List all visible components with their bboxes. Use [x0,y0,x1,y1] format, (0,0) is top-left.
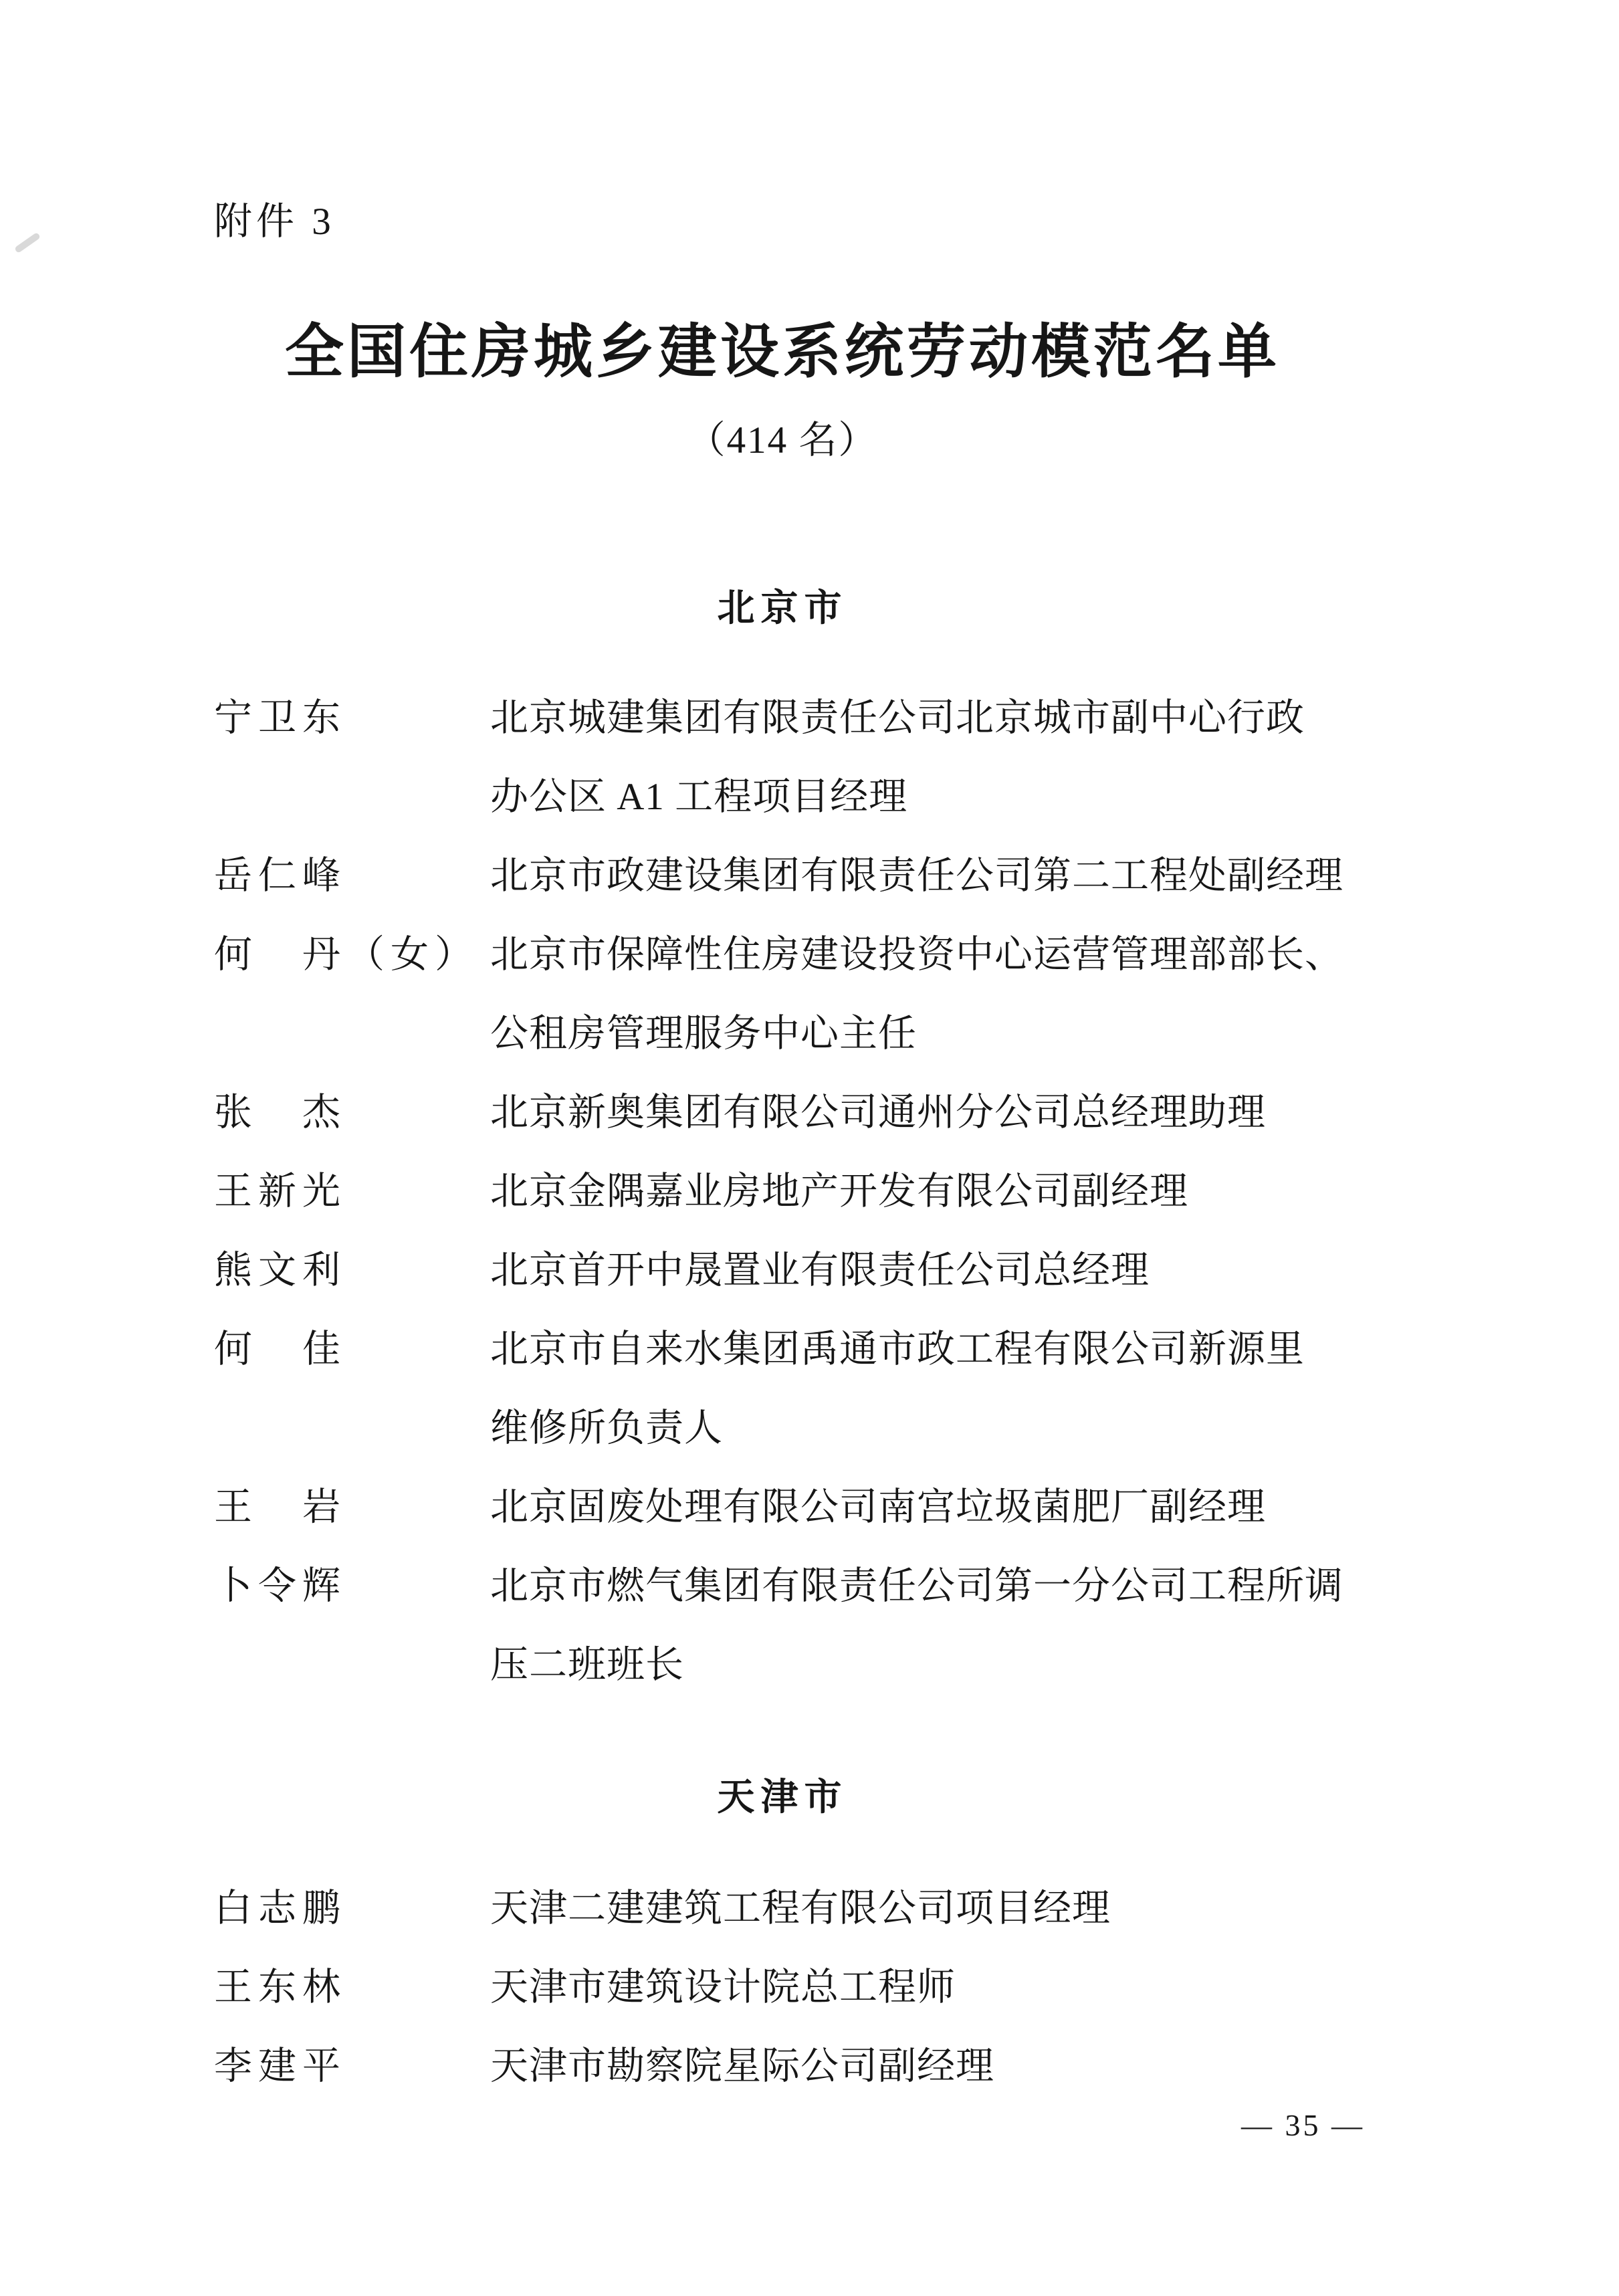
laborer-entry: 李建平 天津市勘察院星际公司副经理 [214,2027,1619,2106]
description-line: 办公区 A1 工程项目经理 [490,758,1619,837]
entry-description: 北京城建集团有限责任公司北京城市副中心行政办公区 A1 工程项目经理 [490,679,1619,837]
entry-name: 宁卫东 [214,679,490,758]
description-line: 天津市勘察院星际公司副经理 [490,2027,1619,2106]
page-number: — 35 — [1241,2108,1365,2143]
laborer-entry: 卜令辉 北京市燃气集团有限责任公司第一分公司工程所调压二班班长 [214,1547,1619,1705]
entry-description: 北京金隅嘉业房地产开发有限公司副经理 [490,1152,1619,1231]
laborer-entry: 白志鹏 天津二建建筑工程有限公司项目经理 [214,1869,1619,1948]
entry-name: 岳仁峰 [214,837,490,916]
sections: 北京市 宁卫东 北京城建集团有限责任公司北京城市副中心行政办公区 A1 工程项目… [214,589,1619,2106]
document-title: 全国住房城乡建设系统劳动模范名单 [214,321,1351,383]
entry-description: 北京市政建设集团有限责任公司第二工程处副经理 [490,837,1619,916]
description-line: 北京首开中晟置业有限责任公司总经理 [490,1231,1619,1310]
document-content: 附件 3 全国住房城乡建设系统劳动模范名单 （414 名） 北京市 宁卫东 北京… [0,0,1619,2106]
entry-name: 王新光 [214,1152,490,1231]
description-line: 天津市建筑设计院总工程师 [490,1948,1619,2027]
entry-description: 北京新奥集团有限公司通州分公司总经理助理 [490,1073,1619,1152]
entry-description: 北京市燃气集团有限责任公司第一分公司工程所调压二班班长 [490,1547,1619,1705]
description-line: 北京市保障性住房建设投资中心运营管理部部长、 [490,916,1619,995]
entry-name: 王东林 [214,1948,490,2027]
entry-description: 北京市保障性住房建设投资中心运营管理部部长、公租房管理服务中心主任 [490,916,1619,1073]
description-line: 北京新奥集团有限公司通州分公司总经理助理 [490,1073,1619,1152]
entry-name: 何 丹（女） [214,916,490,995]
province-section: 天津市 白志鹏 天津二建建筑工程有限公司项目经理 王东林 天津市建筑设计院总工程… [214,1778,1619,2106]
laborer-entry: 宁卫东 北京城建集团有限责任公司北京城市副中心行政办公区 A1 工程项目经理 [214,679,1619,837]
description-line: 北京金隅嘉业房地产开发有限公司副经理 [490,1152,1619,1231]
description-line: 北京城建集团有限责任公司北京城市副中心行政 [490,679,1619,758]
laborer-entry: 王新光 北京金隅嘉业房地产开发有限公司副经理 [214,1152,1619,1231]
entry-name: 李建平 [214,2027,490,2106]
entry-list: 宁卫东 北京城建集团有限责任公司北京城市副中心行政办公区 A1 工程项目经理 岳… [214,679,1619,1705]
entry-name: 卜令辉 [214,1547,490,1626]
entry-name: 王 岩 [214,1468,490,1547]
laborer-entry: 王 岩 北京固废处理有限公司南宫垃圾菌肥厂副经理 [214,1468,1619,1547]
laborer-entry: 王东林 天津市建筑设计院总工程师 [214,1948,1619,2027]
entry-description: 天津市勘察院星际公司副经理 [490,2027,1619,2106]
entry-list: 白志鹏 天津二建建筑工程有限公司项目经理 王东林 天津市建筑设计院总工程师 李建… [214,1869,1619,2106]
laborer-entry: 何 佳 北京市自来水集团禹通市政工程有限公司新源里维修所负责人 [214,1310,1619,1468]
section-heading: 天津市 [214,1778,1351,1816]
laborer-entry: 熊文利 北京首开中晟置业有限责任公司总经理 [214,1231,1619,1310]
description-line: 北京市燃气集团有限责任公司第一分公司工程所调 [490,1547,1619,1626]
description-line: 压二班班长 [490,1626,1619,1705]
description-line: 北京市自来水集团禹通市政工程有限公司新源里 [490,1310,1619,1389]
entry-description: 天津二建建筑工程有限公司项目经理 [490,1869,1619,1948]
description-line: 公租房管理服务中心主任 [490,995,1619,1073]
document-page: 附件 3 全国住房城乡建设系统劳动模范名单 （414 名） 北京市 宁卫东 北京… [0,0,1619,2296]
entry-name: 熊文利 [214,1231,490,1310]
province-section: 北京市 宁卫东 北京城建集团有限责任公司北京城市副中心行政办公区 A1 工程项目… [214,589,1619,1705]
description-line: 北京固废处理有限公司南宫垃圾菌肥厂副经理 [490,1468,1619,1547]
entry-description: 北京市自来水集团禹通市政工程有限公司新源里维修所负责人 [490,1310,1619,1468]
section-heading: 北京市 [214,589,1351,627]
entry-name: 张 杰 [214,1073,490,1152]
entry-description: 北京固废处理有限公司南宫垃圾菌肥厂副经理 [490,1468,1619,1547]
document-subtitle: （414 名） [214,421,1351,460]
laborer-entry: 张 杰 北京新奥集团有限公司通州分公司总经理助理 [214,1073,1619,1152]
entry-name: 白志鹏 [214,1869,490,1948]
description-line: 天津二建建筑工程有限公司项目经理 [490,1869,1619,1948]
entry-description: 北京首开中晟置业有限责任公司总经理 [490,1231,1619,1310]
entry-name: 何 佳 [214,1310,490,1389]
laborer-entry: 岳仁峰 北京市政建设集团有限责任公司第二工程处副经理 [214,837,1619,916]
entry-description: 天津市建筑设计院总工程师 [490,1948,1619,2027]
attachment-label: 附件 3 [214,202,1619,242]
laborer-entry: 何 丹（女） 北京市保障性住房建设投资中心运营管理部部长、公租房管理服务中心主任 [214,916,1619,1073]
description-line: 维修所负责人 [490,1389,1619,1468]
description-line: 北京市政建设集团有限责任公司第二工程处副经理 [490,837,1619,916]
